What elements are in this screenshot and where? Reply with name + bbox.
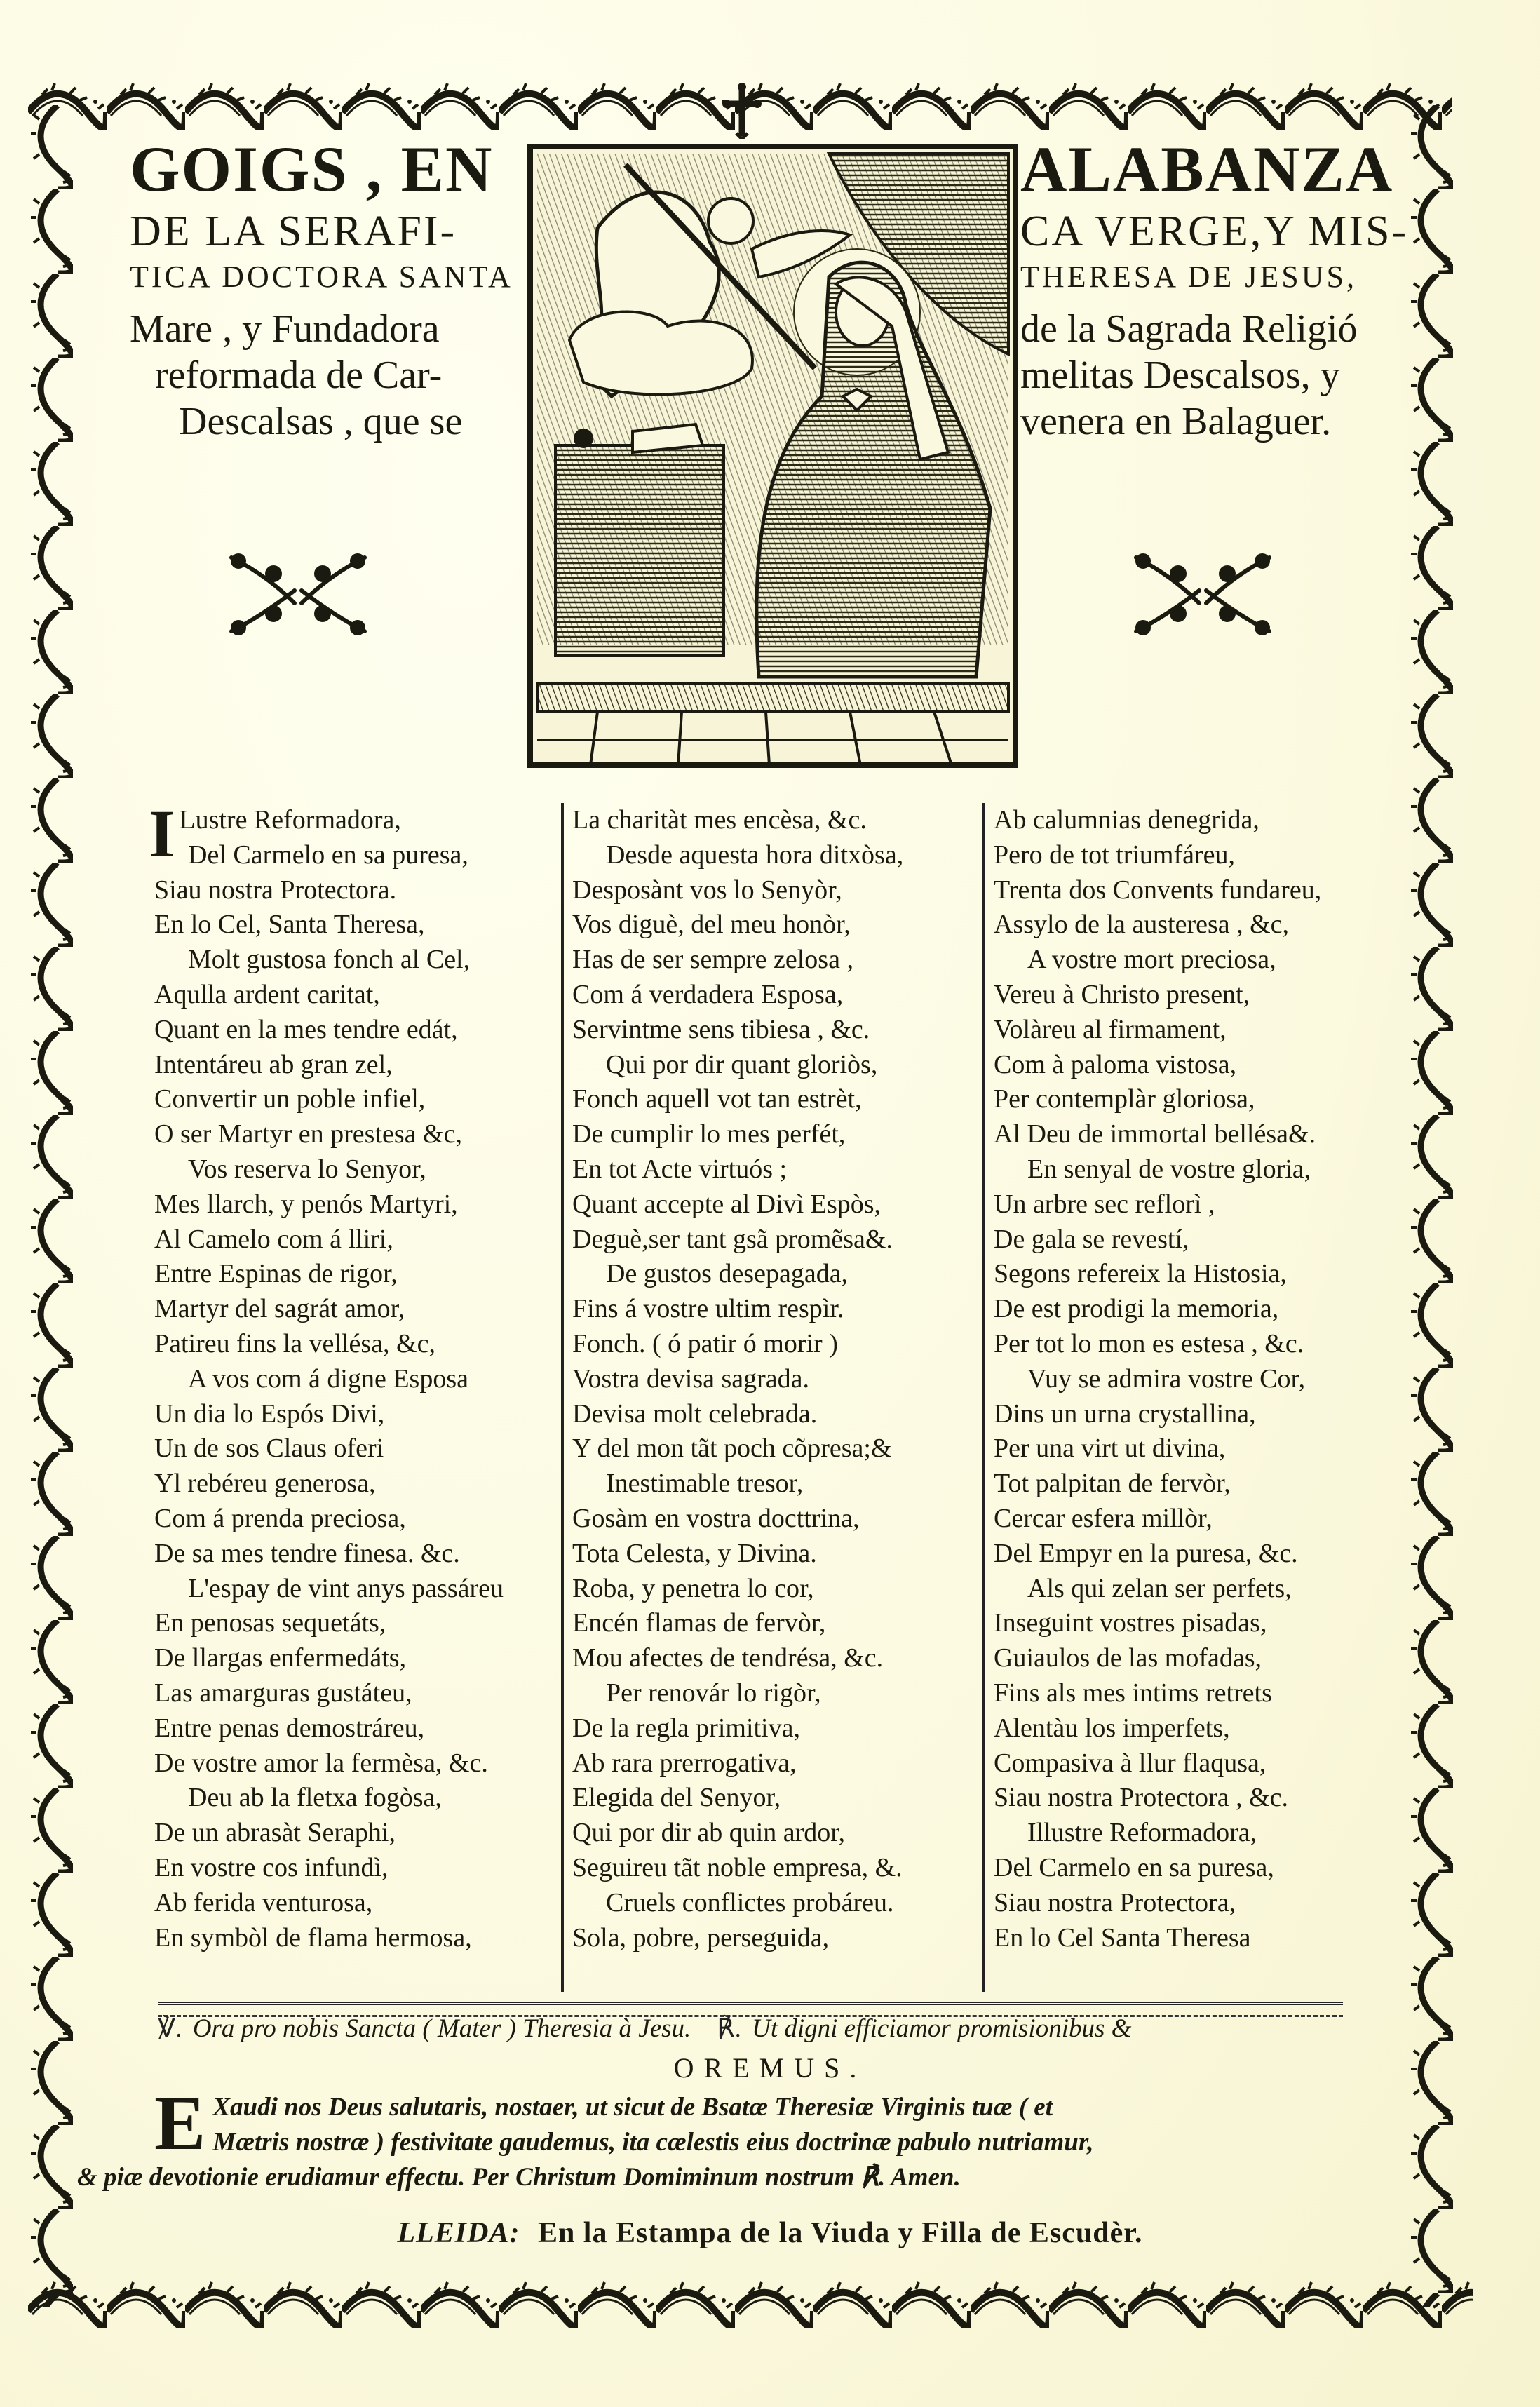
prayer-dropcap: E [154,2091,205,2155]
verse-line: De cumplir lo mes perfét, [572,1117,982,1152]
verse-line: Fins als mes intims retrets [994,1676,1386,1711]
verse-line: Entre penas demostráreu, [154,1711,561,1746]
verse-line: Roba, y penetra lo cor, [572,1572,982,1607]
verse-line: Compasiva à llur flaqusa, [994,1746,1386,1781]
title-line: Descalsas , que se [130,402,522,448]
verse-line: Quant accepte al Divì Espòs, [572,1187,982,1222]
title-line: de la Sagrada Religió [1020,309,1385,356]
verse-line: Sola, pobre, perseguida, [572,1921,982,1956]
verse-line: De vostre amor la fermèsa, &c. [154,1746,561,1781]
broadside-sheet: GOIGS , EN DE LA SERAFI- TICA DOCTORA SA… [0,0,1540,2407]
response-text: Ut digni efficiamor promisionibus & [752,2014,1131,2043]
prayer-block: E Xaudi nos Deus salutaris, nostaer, ut … [154,2090,1389,2195]
verse-column-1: I Lustre Reformadora,Del Carmelo en sa p… [154,803,561,1992]
verse-line: Tota Celesta, y Divina. [572,1537,982,1572]
verse-line: De llargas enfermedáts, [154,1641,561,1676]
cross-icon [722,83,762,139]
verse-line: Deguè,ser tant gsã promẽsa&. [572,1222,982,1258]
title-line: melitas Descalsos, y [1020,356,1385,402]
versicle-symbol: ℣. [158,2014,182,2043]
verse-line: Martyr del sagrát amor, [154,1292,561,1327]
title-line: reformada de Car- [130,356,522,402]
verse-line: En lo Cel Santa Theresa [994,1921,1386,1956]
verse-line: Siau nostra Protectora , &c. [994,1781,1386,1816]
verse-line: Fins á vostre ultim respìr. [572,1292,982,1327]
verse-line: Inseguint vostres pisadas, [994,1606,1386,1641]
verse-line: Un arbre sec reflorì , [994,1187,1386,1222]
verse-line: A vos com á digne Esposa [154,1362,561,1397]
dropcap: I [149,806,175,862]
verse-line: Aqulla ardent caritat, [154,978,561,1013]
verse-line: Mes llarch, y penós Martyri, [154,1187,561,1222]
verse-line: Per tot lo mon es estesa , &c. [994,1327,1386,1362]
verse-line: Per renovár lo rigòr, [572,1676,982,1711]
verse-line: Del Carmelo en sa puresa, [994,1851,1386,1886]
verse-line: Guiaulos de las mofadas, [994,1641,1386,1676]
verse-line: En vostre cos infundì, [154,1851,561,1886]
verse-line: Del Empyr en la puresa, &c. [994,1537,1386,1572]
fleuron-icon [217,540,379,645]
versicle-text: Ora pro nobis Sancta ( Mater ) Theresia … [193,2014,691,2043]
verse-line: En penosas sequetáts, [154,1606,561,1641]
verse-line: Fonch aquell vot tan estrèt, [572,1082,982,1117]
verse-line: Com á prenda preciosa, [154,1502,561,1537]
verse-line: Com à paloma vistosa, [994,1048,1386,1083]
verse-line: De gala se revestí, [994,1222,1386,1258]
verse-line: Com á verdadera Esposa, [572,978,982,1013]
verse-line: Als qui zelan ser perfets, [994,1572,1386,1607]
verse-line: Cercar esfera millòr, [994,1502,1386,1537]
verse-column-2: La charitàt mes encèsa, &c.Desde aquesta… [561,803,982,1992]
title-line: GOIGS , EN [130,137,522,210]
verse-line: Vos diguè, del meu honòr, [572,908,982,943]
title-left-block: GOIGS , EN DE LA SERAFI- TICA DOCTORA SA… [130,137,522,448]
verse-line: L'espay de vint anys passáreu [154,1572,561,1607]
verse-line: Ab ferida venturosa, [154,1886,561,1921]
verse-line: Ab calumnias denegrida, [994,803,1386,838]
verse-line: Qui por dir ab quin ardor, [572,1816,982,1851]
verse-column-3: Ab calumnias denegrida,Pero de tot trium… [982,803,1386,1992]
verse-line: Del Carmelo en sa puresa, [154,838,561,873]
imprint-city: LLEIDA: [397,2217,520,2249]
verse-line: Assylo de la austeresa , &c, [994,908,1386,943]
verse-line: A vostre mort preciosa, [994,943,1386,978]
verse-line: Molt gustosa fonch al Cel, [154,943,561,978]
verse-line: Vereu à Christo present, [994,978,1386,1013]
verse-line: Pero de tot triumfáreu, [994,838,1386,873]
verse-line: Cruels conflictes probáreu. [572,1886,982,1921]
verse-line: Fonch. ( ó patir ó morir ) [572,1327,982,1362]
verse-line: Mou afectes de tendrésa, &c. [572,1641,982,1676]
verse-line: Vos reserva lo Senyor, [154,1152,561,1187]
verse-line: Per una virt ut divina, [994,1431,1386,1467]
verse-line: Vostra devisa sagrada. [572,1362,982,1397]
verse-line: En tot Acte virtuós ; [572,1152,982,1187]
verse-line: Alentàu los imperfets, [994,1711,1386,1746]
oremus-heading: OREMUS. [0,2051,1540,2084]
title-line: ALABANZA [1020,137,1385,210]
verse-line: Qui por dir quant gloriòs, [572,1048,982,1083]
verse-line: Vuy se admira vostre Cor, [994,1362,1386,1397]
versicle-line: ℣. Ora pro nobis Sancta ( Mater ) Theres… [158,2013,1378,2044]
verse-line: En senyal de vostre gloria, [994,1152,1386,1187]
verse-line: Convertir un poble infiel, [154,1082,561,1117]
verse-line: Un dia lo Espós Divi, [154,1397,561,1432]
title-line: THERESA DE JESUS, [1020,262,1385,309]
verse-line: Gosàm en vostra docttrina, [572,1502,982,1537]
verse-line: Siau nostra Protectora, [994,1886,1386,1921]
woodcut-image [527,144,1018,768]
verse-line: Siau nostra Protectora. [154,873,561,908]
verse-line: De un abrasàt Seraphi, [154,1816,561,1851]
verse-line: De sa mes tendre finesa. &c. [154,1537,561,1572]
title-line: venera en Balaguer. [1020,402,1385,448]
verse-line: Devisa molt celebrada. [572,1397,982,1432]
verse-line: Tot palpitan de fervòr, [994,1467,1386,1502]
verse-line: Deu ab la fletxa fogòsa, [154,1781,561,1816]
verse-line: Las amarguras gustáteu, [154,1676,561,1711]
verse-line: Illustre Reformadora, [994,1816,1386,1851]
title-line: DE LA SERAFI- [130,210,522,262]
verse-line: Trenta dos Convents fundareu, [994,873,1386,908]
verse-line: Inestimable tresor, [572,1467,982,1502]
verse-line: Encén flamas de fervòr, [572,1606,982,1641]
verse-line: Per contemplàr gloriosa, [994,1082,1386,1117]
title-line: Mare , y Fundadora [130,309,522,356]
verse-line: Quant en la mes tendre edát, [154,1013,561,1048]
verse-line: Lustre Reformadora, [154,803,561,838]
verse-line: Al Camelo com á lliri, [154,1222,561,1258]
title-line: CA VERGE,Y MIS- [1020,210,1385,262]
verse-line: La charitàt mes encèsa, &c. [572,803,982,838]
verse-line: Entre Espinas de rigor, [154,1257,561,1292]
vine-border-left [29,105,73,2307]
vine-border-bottom [28,2279,1473,2328]
verse-line: Intentáreu ab gran zel, [154,1048,561,1083]
prayer-line: & piæ devotionie erudiamur effectu. Per … [77,2160,1389,2195]
verse-line: Al Deu de immortal bellésa&. [994,1117,1386,1152]
verse-line: Has de ser sempre zelosa , [572,943,982,978]
verse-line: Servintme sens tibiesa , &c. [572,1013,982,1048]
verse-line: Seguireu tãt noble empresa, &. [572,1851,982,1886]
verse-line: Desposànt vos lo Senyòr, [572,873,982,908]
prayer-line: Xaudi nos Deus salutaris, nostaer, ut si… [154,2090,1389,2125]
verse-line: Desde aquesta hora ditxòsa, [572,838,982,873]
verse-line: De la regla primitiva, [572,1711,982,1746]
verse-line: Y del mon tãt poch cõpresa;& [572,1431,982,1467]
verse-line: Ab rara prerrogativa, [572,1746,982,1781]
title-line: TICA DOCTORA SANTA [130,262,522,309]
verse-line: Volàreu al firmament, [994,1013,1386,1048]
imprint-text: En la Estampa de la Viuda y Filla de Esc… [538,2217,1143,2249]
verse-columns: I Lustre Reformadora,Del Carmelo en sa p… [154,803,1389,1992]
verse-line: Patireu fins la vellésa, &c, [154,1327,561,1362]
verse-line: Segons refereix la Histosia, [994,1257,1386,1292]
vine-border-right [1410,105,1453,2307]
prayer-line: Mætris nostræ ) festivitate gaudemus, it… [154,2125,1389,2160]
verse-line: En symbòl de flama hermosa, [154,1921,561,1956]
title-right-block: ALABANZA CA VERGE,Y MIS- THERESA DE JESU… [1020,137,1385,448]
verse-line: De gustos desepagada, [572,1257,982,1292]
printer-imprint: LLEIDA: En la Estampa de la Viuda y Fill… [0,2216,1540,2250]
verse-line: En lo Cel, Santa Theresa, [154,908,561,943]
verse-line: Elegida del Senyor, [572,1781,982,1816]
response-symbol: ℟. [717,2014,741,2043]
fleuron-icon [1122,540,1283,645]
verse-line: O ser Martyr en prestesa &c, [154,1117,561,1152]
verse-line: De est prodigi la memoria, [994,1292,1386,1327]
verse-line: Yl rebéreu generosa, [154,1467,561,1502]
verse-line: Dins un urna crystallina, [994,1397,1386,1432]
verse-line: Un de sos Claus oferi [154,1431,561,1467]
